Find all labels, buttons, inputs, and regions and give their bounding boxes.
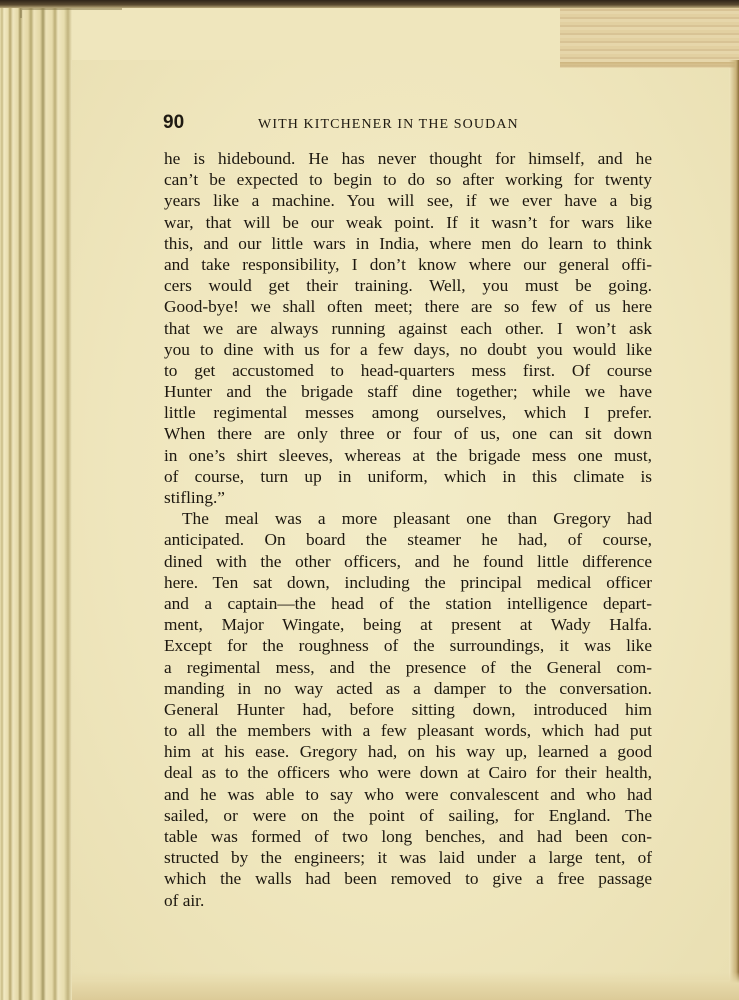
text-line: years like a machine. You will see, if w… [164, 190, 652, 211]
left-page-corner [20, 8, 122, 18]
text-line: Hunter and the brigade staff dine togeth… [164, 381, 652, 402]
text-line: can’t be expected to begin to do so afte… [164, 169, 652, 190]
text-line: in one’s shirt sleeves, whereas at the b… [164, 445, 652, 466]
text-line: a regimental mess, and the presence of t… [164, 657, 652, 678]
running-head: 90 WITH KITCHENER IN THE SOUDAN [163, 112, 653, 136]
text-line: of course, turn up in uniform, which in … [164, 466, 652, 487]
text-line: to all the members with a few pleasant w… [164, 720, 652, 741]
page-number: 90 [163, 112, 184, 134]
text-line: deal as to the officers who were down at… [164, 762, 652, 783]
text-line: to get accustomed to head-quarters mess … [164, 360, 652, 381]
left-page-edges [0, 6, 72, 1000]
top-binding-edge [0, 0, 739, 8]
text-line: him at his ease. Gregory had, on his way… [164, 741, 652, 762]
text-line: and take responsibility, I don’t know wh… [164, 254, 652, 275]
text-line: stifling.” [164, 487, 652, 508]
top-right-page-edges [560, 6, 739, 68]
text-line: structed by the engineers; it was laid u… [164, 847, 652, 868]
right-page-shadow [729, 60, 739, 1000]
text-line: table was formed of two long benches, an… [164, 826, 652, 847]
text-line: When there are only three or four of us,… [164, 423, 652, 444]
text-line: and he was able to say who were convales… [164, 784, 652, 805]
text-line: here. Ten sat down, including the princi… [164, 572, 652, 593]
text-line: dined with the other officers, and he fo… [164, 551, 652, 572]
text-line: manding in no way acted as a damper to t… [164, 678, 652, 699]
text-line: The meal was a more pleasant one than Gr… [164, 508, 652, 529]
text-line: and a captain—the head of the station in… [164, 593, 652, 614]
text-line: he is hidebound. He has never thought fo… [164, 148, 652, 169]
text-line: ment, Major Wingate, being at present at… [164, 614, 652, 635]
bottom-page-edge [72, 972, 739, 1000]
book-page-scan: 90 WITH KITCHENER IN THE SOUDAN he is hi… [0, 0, 739, 1000]
body-text: he is hidebound. He has never thought fo… [164, 148, 652, 911]
running-title: WITH KITCHENER IN THE SOUDAN [258, 116, 519, 134]
text-line: anticipated. On board the steamer he had… [164, 529, 652, 550]
text-line: cers would get their training. Well, you… [164, 275, 652, 296]
text-line: this, and our little wars in India, wher… [164, 233, 652, 254]
text-line: Except for the roughness of the surround… [164, 635, 652, 656]
text-line: which the walls had been removed to give… [164, 868, 652, 889]
text-line: of air. [164, 890, 652, 911]
text-line: war, that will be our weak point. If it … [164, 212, 652, 233]
text-line: little regimental messes among ourselves… [164, 402, 652, 423]
text-line: you to dine with us for a few days, no d… [164, 339, 652, 360]
text-line: Good-bye! we shall often meet; there are… [164, 296, 652, 317]
text-line: sailed, or were on the point of sailing,… [164, 805, 652, 826]
text-line: General Hunter had, before sitting down,… [164, 699, 652, 720]
text-line: that we are always running against each … [164, 318, 652, 339]
